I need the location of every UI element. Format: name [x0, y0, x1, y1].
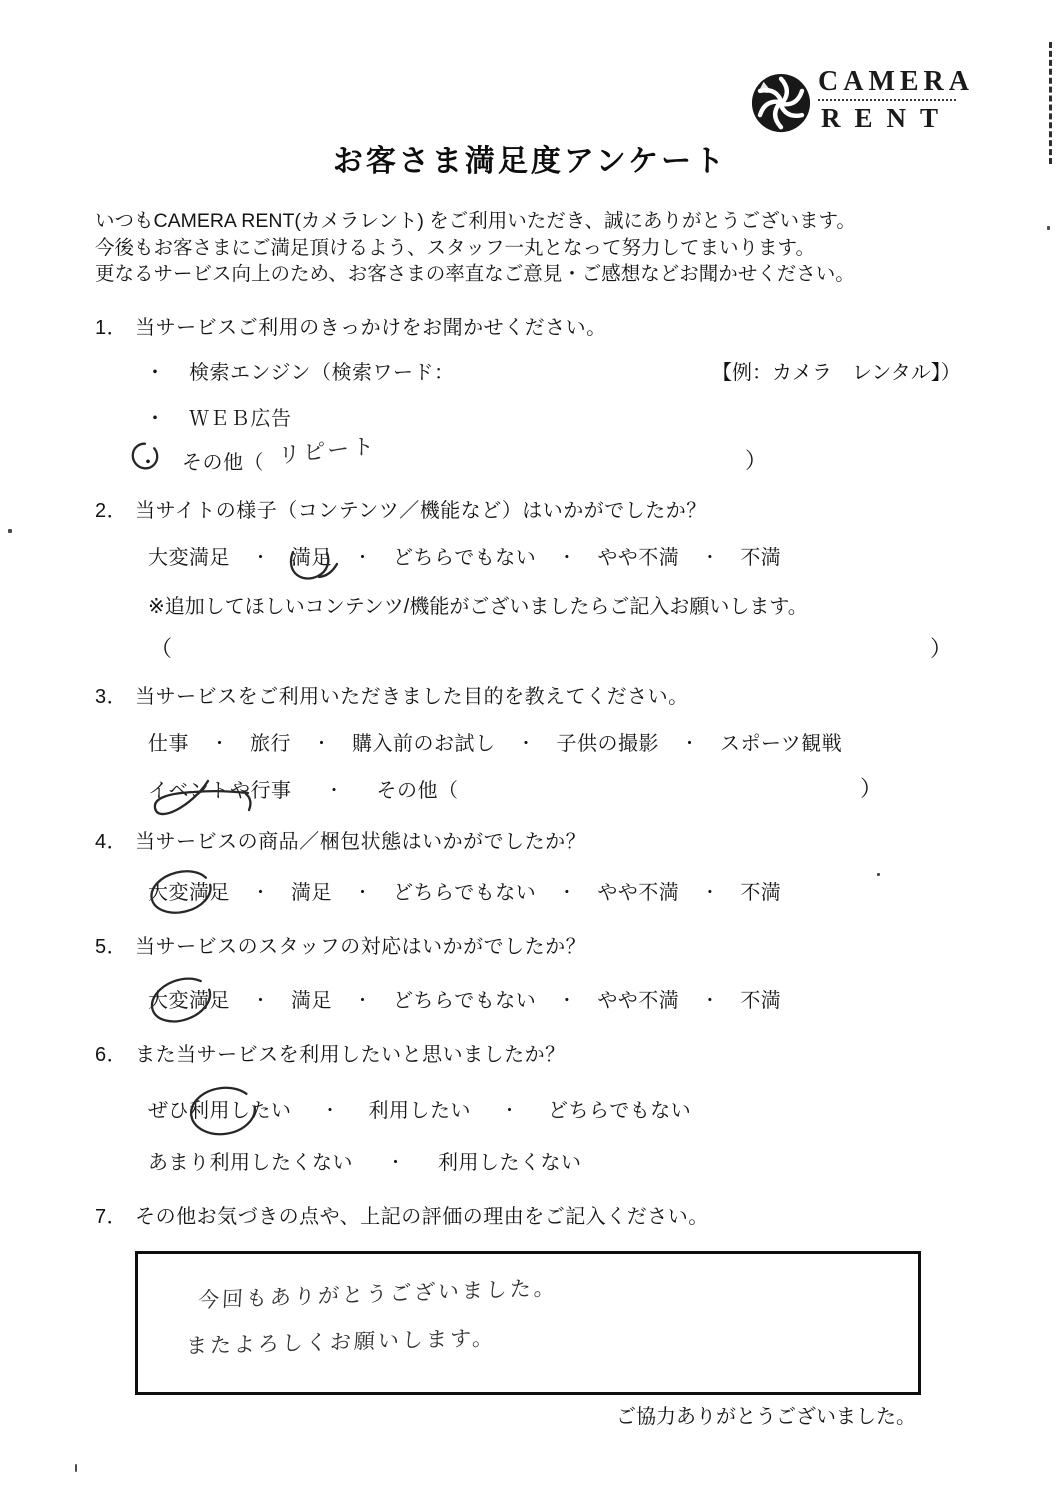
option-trial-before-purchase: 購入前のお試し [352, 727, 496, 756]
separator-dot: ・ [252, 878, 269, 903]
separator-dot: ・ [701, 543, 718, 568]
option-do-not-want-to-use: 利用したくない [438, 1146, 582, 1175]
option-dissatisfied: 不満 [740, 984, 781, 1013]
option-very-satisfied: 大変満足 [148, 541, 230, 570]
q2-free-text-close-paren: ） [930, 632, 952, 663]
option-work: 仕事 [148, 727, 189, 756]
option-satisfied: 満足 [291, 876, 332, 905]
separator-dot: ・ [558, 878, 575, 903]
page-title: お客さま満足度アンケート [0, 136, 1060, 180]
q2-free-text-open-paren: （ [150, 632, 172, 663]
separator-dot: ・ [252, 986, 269, 1011]
q2-additional-note: ※追加してほしいコンテンツ/機能がございましたらご記入お願いします。 [148, 590, 808, 619]
question-4-heading: 4．当サービスの商品／梱包状態はいかがでしたか？ [95, 825, 586, 854]
option-dissatisfied: 不満 [740, 541, 781, 570]
option-neutral: どちらでもない [393, 541, 536, 570]
option-satisfied: 満足 [291, 984, 332, 1013]
option-slightly-dissatisfied: やや不満 [597, 541, 679, 570]
q2-options-row: 大変満足 ・ 満足 ・ どちらでもない ・ やや不満 ・ 不満 [148, 541, 781, 570]
pen-circle-mark-q4-very-satisfied [147, 869, 221, 917]
scan-artifact-speck [8, 529, 12, 533]
separator-dot: ・ [681, 729, 698, 754]
aperture-icon [750, 72, 812, 134]
question-text: また当サービスを利用したいと思いましたか？ [135, 1044, 566, 1066]
pen-circle-mark-q6-definitely-use [185, 1085, 263, 1139]
logo-text-camera: CAMERA [818, 66, 974, 98]
question-7-heading: 7．その他お気づきの点や、上記の評価の理由をご記入ください。 [95, 1200, 709, 1229]
pen-circle-mark-q5-very-satisfied [147, 977, 221, 1025]
option-sports-watching: スポーツ観戦 [720, 727, 842, 756]
option-label: 検索エンジン（検索ワード： [189, 356, 455, 385]
q5-options-row: 大変満足 ・ 満足 ・ どちらでもない ・ やや不満 ・ 不満 [148, 984, 781, 1013]
question-1-heading: 1．当サービスご利用のきっかけをお聞かせください。 [95, 311, 607, 340]
question-number: 3． [95, 686, 127, 708]
scan-artifact-dashed-line [1049, 42, 1052, 164]
question-number: 4． [95, 831, 127, 853]
scan-artifact-speck [1047, 226, 1050, 230]
logo-divider-line [818, 99, 956, 101]
option-rather-not-use: あまり利用したくない [148, 1146, 353, 1175]
intro-line: 今後もお客さまにご満足頂けるよう、スタッフ一丸となって努力してまいります。 [95, 235, 856, 262]
separator-dot: ・ [313, 729, 330, 754]
separator-dot: ・ [322, 1096, 339, 1121]
pen-circle-mark-q3-events [146, 778, 276, 822]
q1-option-search-engine: ・検索エンジン（検索ワード： [145, 356, 455, 385]
separator-dot: ・ [326, 776, 343, 801]
option-label: その他（ [182, 446, 264, 475]
separator-dot: ・ [354, 986, 371, 1011]
separator-dot: ・ [558, 986, 575, 1011]
handwritten-comment-line2: またよろしくお願いします。 [185, 1322, 497, 1360]
q3-options-row1: 仕事 ・ 旅行 ・ 購入前のお試し ・ 子供の撮影 ・ スポーツ観戦 [148, 727, 842, 756]
question-6-heading: 6．また当サービスを利用したいと思いましたか？ [95, 1038, 566, 1067]
q7-comment-box: 今回もありがとうございました。 またよろしくお願いします。 [135, 1251, 921, 1395]
option-slightly-dissatisfied: やや不満 [597, 876, 679, 905]
camera-rent-logo: CAMERA RENT [818, 66, 974, 134]
q1-option-web-ad: ・ＷＥＢ広告 [145, 402, 292, 431]
intro-paragraph: いつもCAMERA RENT(カメラレント) をご利用いただき、誠にありがとうご… [95, 208, 856, 288]
question-number: 7． [95, 1206, 127, 1228]
question-text: 当サービスの商品／梱包状態はいかがでしたか？ [135, 831, 586, 853]
pen-circle-mark-q1-other [130, 441, 160, 471]
handwritten-repeat-note: リピート [278, 429, 377, 471]
question-number: 6． [95, 1044, 127, 1066]
separator-dot: ・ [354, 878, 371, 903]
question-3-heading: 3．当サービスをご利用いただきました目的を教えてください。 [95, 680, 689, 709]
option-slightly-dissatisfied: やや不満 [597, 984, 679, 1013]
question-text: 当サービスご利用のきっかけをお聞かせください。 [135, 317, 607, 339]
separator-dot: ・ [354, 543, 371, 568]
intro-line: いつもCAMERA RENT(カメラレント) をご利用いただき、誠にありがとうご… [95, 208, 856, 235]
option-dissatisfied: 不満 [740, 876, 781, 905]
question-2-heading: 2．当サイトの様子（コンテンツ／機能など）はいかがでしたか？ [95, 494, 707, 523]
option-neutral: どちらでもない [393, 876, 536, 905]
separator-dot: ・ [701, 878, 718, 903]
handwritten-comment-line1: 今回もありがとうございました。 [197, 1272, 558, 1315]
bullet-dot: ・ [145, 356, 165, 385]
option-kids-photography: 子供の撮影 [557, 727, 660, 756]
question-number: 5． [95, 936, 127, 958]
bullet-dot: ・ [145, 402, 165, 431]
question-number: 1． [95, 317, 127, 339]
question-5-heading: 5．当サービスのスタッフの対応はいかがでしたか？ [95, 930, 586, 959]
scan-artifact-speck [75, 1464, 77, 1472]
question-text: 当サービスのスタッフの対応はいかがでしたか？ [135, 936, 586, 958]
logo-text-rent: RENT [821, 103, 974, 134]
q1-other-close-paren: ） [745, 444, 767, 475]
pen-circle-mark-q2-satisfied [286, 551, 344, 589]
question-number: 2． [95, 500, 127, 522]
question-text: その他お気づきの点や、上記の評価の理由をご記入ください。 [135, 1206, 709, 1228]
option-label: ＷＥＢ広告 [189, 402, 292, 431]
intro-line: 更なるサービス向上のため、お客さまの率直なご意見・ご感想などお聞かせください。 [95, 261, 856, 288]
q4-options-row: 大変満足 ・ 満足 ・ どちらでもない ・ やや不満 ・ 不満 [148, 876, 781, 905]
option-neutral: どちらでもない [548, 1094, 691, 1123]
separator-dot: ・ [211, 729, 228, 754]
question-text: 当サービスをご利用いただきました目的を教えてください。 [135, 686, 689, 708]
option-travel: 旅行 [250, 727, 291, 756]
separator-dot: ・ [252, 543, 269, 568]
q3-other-close-paren: ） [860, 772, 882, 803]
scanned-survey-page: CAMERA RENT お客さま満足度アンケート いつもCAMERA RENT(… [0, 0, 1060, 1496]
question-text: 当サイトの様子（コンテンツ／機能など）はいかがでしたか？ [135, 500, 707, 522]
option-other: その他（ [377, 774, 459, 803]
scan-artifact-speck [877, 873, 880, 876]
q6-options-row2: あまり利用したくない ・ 利用したくない [148, 1146, 582, 1175]
separator-dot: ・ [501, 1096, 518, 1121]
option-neutral: どちらでもない [393, 984, 536, 1013]
separator-dot: ・ [558, 543, 575, 568]
q1-search-word-example: 【例：カメラ レンタル】） [712, 356, 961, 385]
closing-thanks-text: ご協力ありがとうございました。 [616, 1400, 916, 1429]
option-want-to-use: 利用したい [369, 1094, 472, 1123]
separator-dot: ・ [701, 986, 718, 1011]
separator-dot: ・ [387, 1148, 404, 1173]
separator-dot: ・ [518, 729, 535, 754]
